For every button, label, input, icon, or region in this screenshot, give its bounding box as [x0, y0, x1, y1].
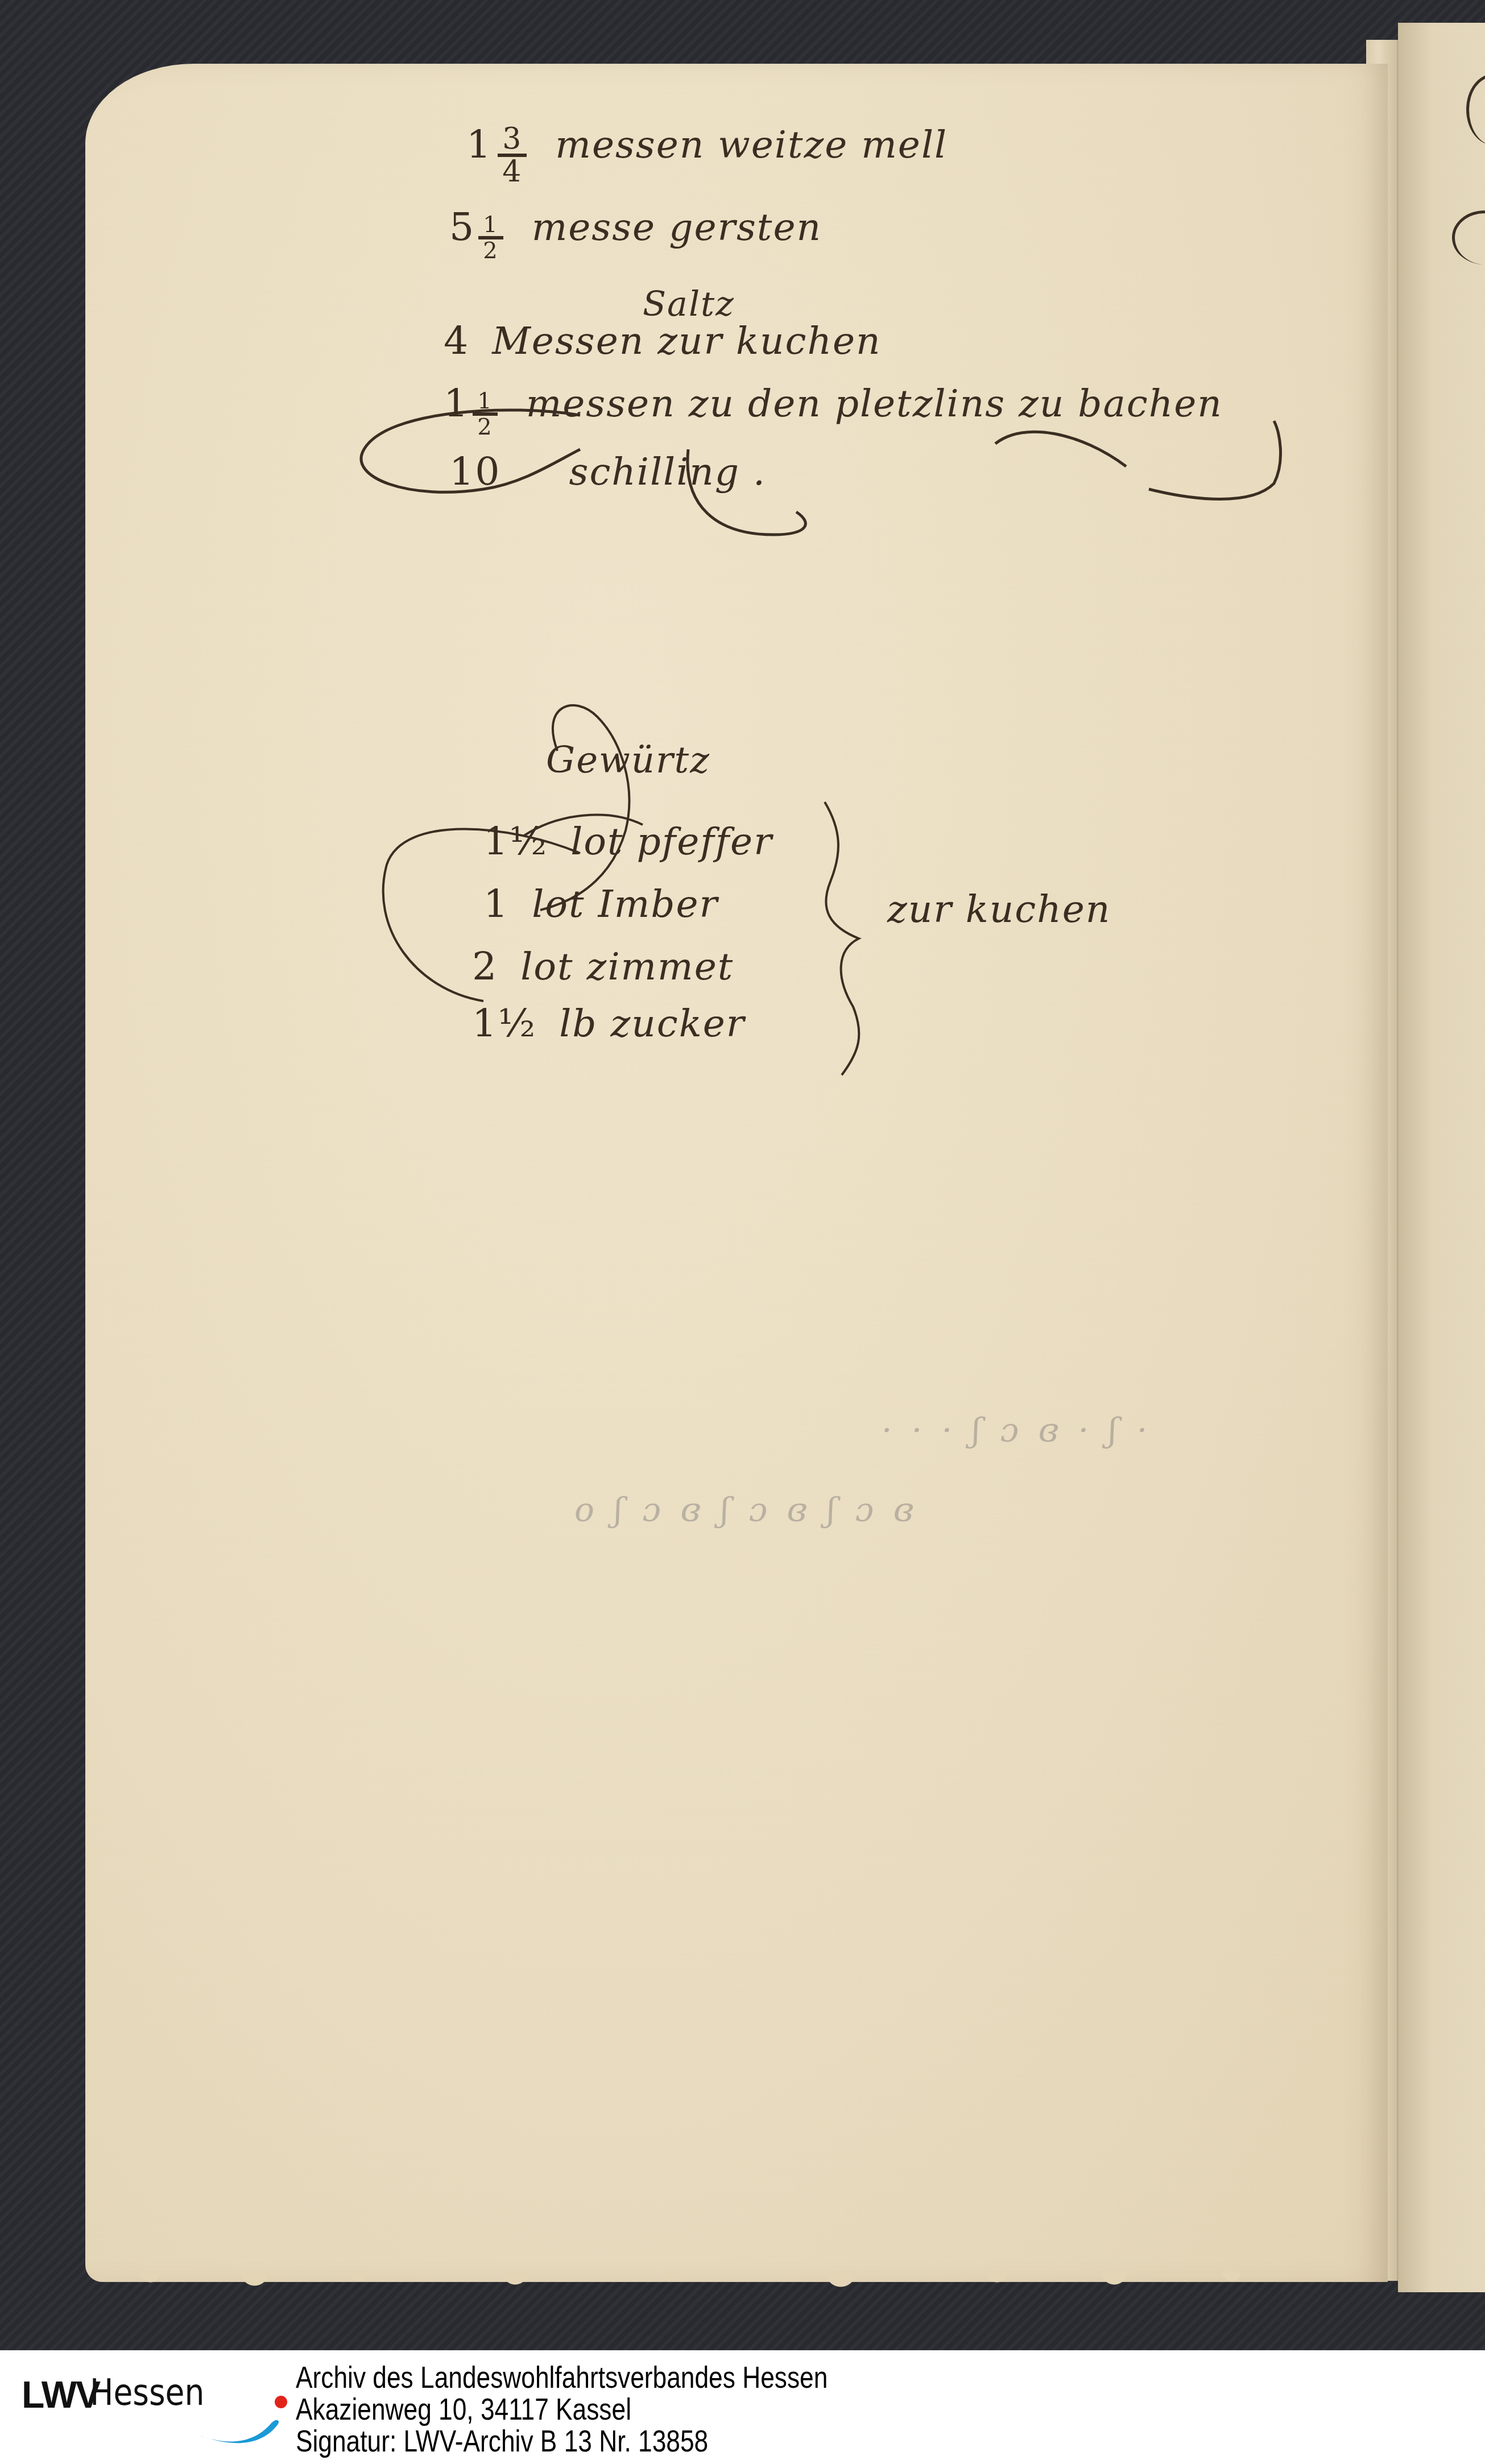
fraction-numerator: 1: [473, 390, 497, 416]
logo-swoosh-icon: [187, 2416, 283, 2450]
entry-text: lot zimmet: [520, 945, 734, 989]
facing-page-ink-mark: [1466, 74, 1485, 145]
entry-line: 1½lot pfeffer: [483, 819, 773, 864]
fraction-denominator: 2: [473, 416, 497, 439]
entry-line: 112messen zu den pletzlins zu bachen: [444, 381, 1223, 439]
quantity: 1: [483, 882, 509, 927]
entry-line: 134messen weitze mell: [466, 122, 948, 187]
scan-image: 134messen weitze mell 512messe gersten S…: [0, 0, 1485, 2350]
entry-text: messen weitze mell: [555, 123, 948, 167]
entry-line: 512messe gersten: [449, 205, 822, 262]
quantity: 5: [449, 205, 475, 250]
quantity: 10: [449, 449, 501, 494]
quantity: 1: [466, 122, 492, 167]
entry-text: messen zu den pletzlins zu bachen: [526, 382, 1223, 425]
logo-text-bold: LWV: [22, 2373, 100, 2416]
fraction-numerator: 1: [478, 213, 503, 239]
entry-line: 1lot Imber: [483, 882, 718, 927]
brace-label: zur kuchen: [887, 887, 1111, 931]
heading-text: Gewürtz: [546, 739, 710, 782]
archive-address: Akazienweg 10, 34117 Kassel: [296, 2393, 828, 2425]
quantity: 1½: [472, 1001, 536, 1046]
fraction-denominator: 4: [498, 157, 527, 187]
entry-text: Messen zur kuchen: [492, 319, 881, 363]
entry-text: lot Imber: [532, 882, 718, 926]
fraction: 12: [473, 390, 497, 439]
logo-dot-icon: [275, 2396, 287, 2408]
quantity: 4: [444, 319, 469, 363]
quantity: 2: [472, 944, 498, 989]
entry-line: 1½lb zucker: [472, 1001, 745, 1046]
entry-text: lb zucker: [559, 1002, 745, 1045]
entry-line: 2lot zimmet: [472, 944, 734, 989]
archive-info: Archiv des Landeswohlfahrtsverbandes Hes…: [296, 2362, 828, 2457]
logo-text-regular: Hessen: [90, 2372, 204, 2414]
fraction: 12: [478, 213, 503, 262]
quantity: 1½: [483, 819, 548, 864]
entry-text: messe gersten: [532, 205, 822, 249]
archive-signature: Signatur: LWV-Archiv B 13 Nr. 13858: [296, 2425, 828, 2457]
entry-text: lot pfeffer: [570, 820, 773, 863]
bleed-through-text: o ʃ ɔ ɞ ʃ ɔ ɞ ʃ ɔ ɞ: [574, 1490, 918, 1529]
quantity: 1: [444, 381, 469, 426]
fraction: 34: [498, 124, 527, 187]
archive-footer: LWV Hessen Archiv des Landeswohlfahrtsve…: [0, 2350, 1485, 2464]
fraction-numerator: 3: [498, 124, 527, 157]
entry-text: schilling .: [569, 450, 767, 494]
facing-page-ink-mark: [1452, 210, 1485, 264]
fraction-denominator: 2: [478, 239, 503, 262]
entry-text: zur kuchen: [887, 887, 1111, 931]
entry-line: 4Messen zur kuchen: [444, 319, 882, 363]
lwv-hessen-logo: LWV Hessen: [22, 2367, 272, 2453]
archive-name: Archiv des Landeswohlfahrtsverbandes Hes…: [296, 2362, 828, 2393]
facing-page-right: [1398, 23, 1485, 2292]
bleed-through-text: · · · ʃ ɔ ɞ · ʃ ·: [882, 1411, 1152, 1449]
entry-line: 10schilling .: [449, 449, 766, 494]
entry-heading: Gewürtz: [546, 739, 710, 782]
